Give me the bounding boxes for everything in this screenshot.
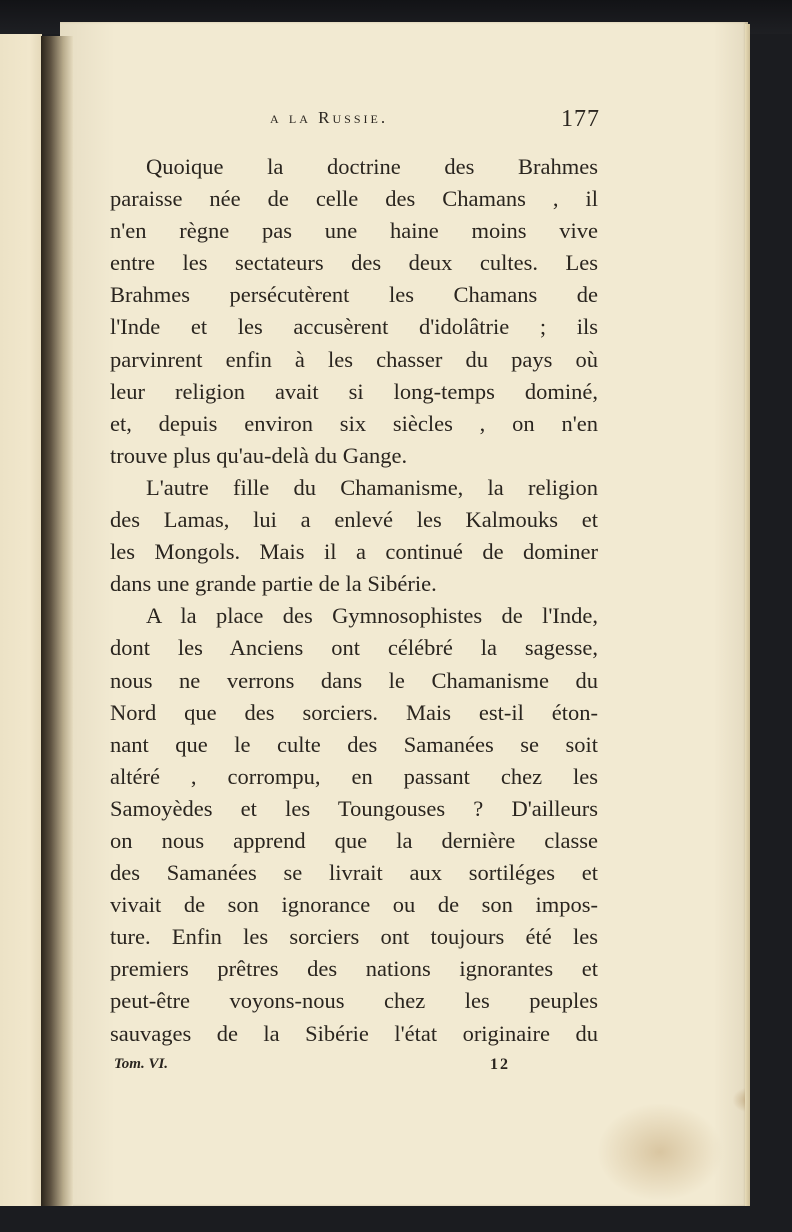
text-line: dont les Anciens ont célébré la sagesse, [110, 632, 598, 664]
text-line: n'en règne pas une haine moins vive [110, 215, 598, 247]
text-line: vivait de son ignorance ou de son impos- [110, 889, 598, 921]
text-line: A la place des Gymnosophistes de l'Inde, [110, 600, 598, 632]
paragraph-1: Quoique la doctrine des Brahmes paraisse… [110, 151, 598, 472]
text-line: Nord que des sorciers. Mais est-il éton- [110, 697, 598, 729]
text-line: Samoyèdes et les Toungouses ? D'ailleurs [110, 793, 598, 825]
text-line: sauvages de la Sibérie l'état originaire… [110, 1018, 598, 1050]
text-line: entre les sectateurs des deux cultes. Le… [110, 247, 598, 279]
running-title: a la Russie. [270, 108, 388, 128]
text-line: paraisse née de celle des Chamans , il [110, 183, 598, 215]
text-line: ture. Enfin les sorciers ont toujours ét… [110, 921, 598, 953]
paragraph-3: A la place des Gymnosophistes de l'Inde,… [110, 600, 598, 1049]
signature-mark: Tom. VI. [114, 1056, 168, 1073]
text-line: L'autre fille du Chamanisme, la religion [110, 472, 598, 504]
text-line: des Lamas, lui a enlevé les Kalmouks et [110, 504, 598, 536]
signature-number: 12 [490, 1056, 510, 1074]
text-line: l'Inde et les accusèrent d'idolâtrie ; i… [110, 311, 598, 343]
body-text: Quoique la doctrine des Brahmes paraisse… [110, 151, 598, 1050]
text-line: altéré , corrompu, en passant chez les [110, 761, 598, 793]
text-line: trouve plus qu'au-delà du Gange. [110, 440, 598, 472]
text-line: parvinrent enfin à les chasser du pays o… [110, 344, 598, 376]
text-line: les Mongols. Mais il a continué de domin… [110, 536, 598, 568]
text-line: leur religion avait si long-temps dominé… [110, 376, 598, 408]
page-fore-edge [745, 24, 750, 1206]
text-line: et, depuis environ six siècles , on n'en [110, 408, 598, 440]
book-gutter [41, 36, 73, 1206]
facing-page-edge [0, 34, 42, 1206]
paragraph-2: L'autre fille du Chamanisme, la religion… [110, 472, 598, 600]
text-line: nous ne verrons dans le Chamanisme du [110, 665, 598, 697]
text-line: premiers prêtres des nations ignorantes … [110, 953, 598, 985]
text-line: on nous apprend que la dernière classe [110, 825, 598, 857]
page-footer: Tom. VI. 12 [110, 1056, 598, 1080]
text-line: Quoique la doctrine des Brahmes [110, 151, 598, 183]
running-head: a la Russie. 177 [110, 108, 600, 138]
text-line: nant que le culte des Samanées se soit [110, 729, 598, 761]
page-number: 177 [561, 106, 600, 133]
text-line: dans une grande partie de la Sibérie. [110, 568, 598, 600]
text-line: des Samanées se livrait aux sortiléges e… [110, 857, 598, 889]
text-line: peut-être voyons-nous chez les peuples [110, 985, 598, 1017]
text-line: Brahmes persécutèrent les Chamans de [110, 279, 598, 311]
